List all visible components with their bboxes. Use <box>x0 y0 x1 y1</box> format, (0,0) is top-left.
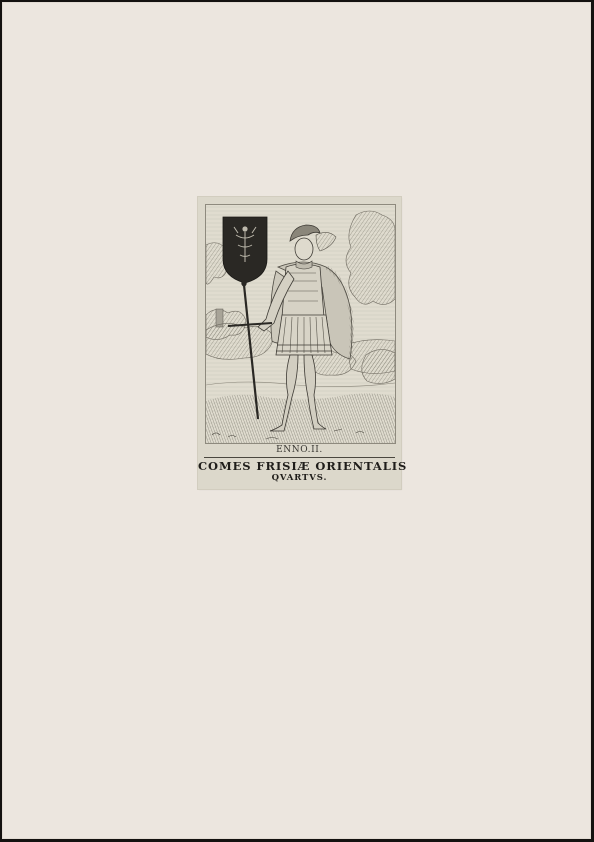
ground <box>206 393 395 443</box>
print-mount: ENNO.II. COMES FRISIÆ ORIENTALIS QVARTVS… <box>2 2 591 839</box>
figure-head <box>295 238 313 260</box>
caption-title-line2: QVARTVS. <box>198 473 401 483</box>
caption-title-line1: COMES FRISIÆ ORIENTALIS <box>198 459 401 473</box>
engraving-print: ENNO.II. COMES FRISIÆ ORIENTALIS QVARTVS… <box>198 197 401 489</box>
engraving-illustration <box>206 205 395 443</box>
sitter-name: ENNO.II. <box>198 445 401 455</box>
engraving-plate <box>205 204 396 444</box>
caption-rule <box>204 457 395 458</box>
coat-of-arms-shield <box>223 217 267 283</box>
